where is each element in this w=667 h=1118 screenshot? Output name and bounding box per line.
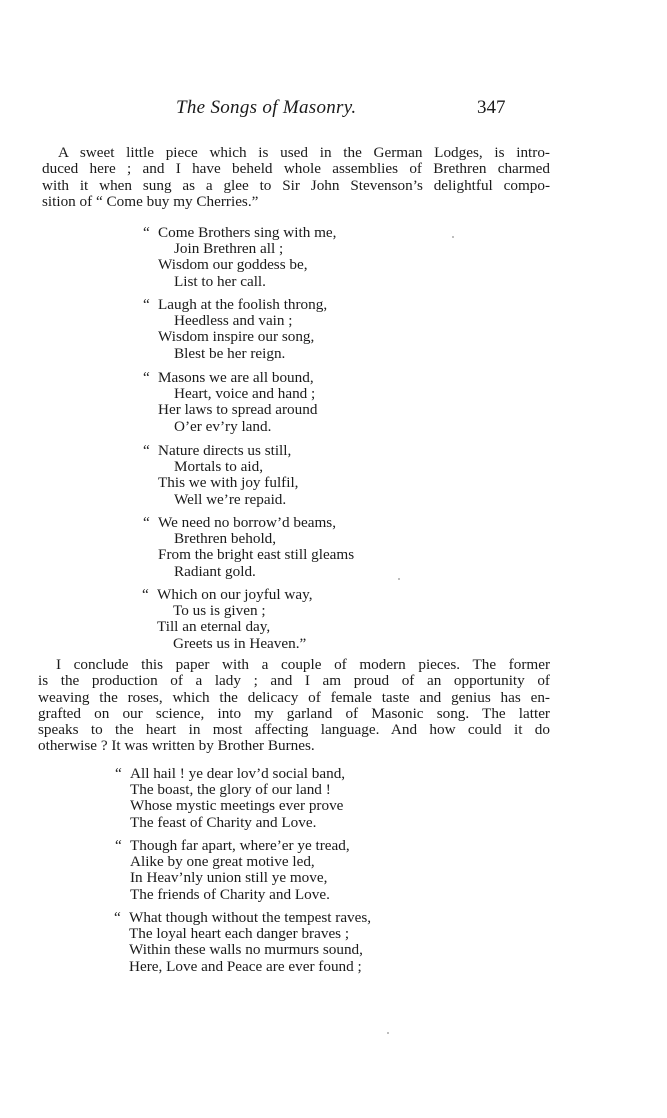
paper-speck bbox=[398, 578, 400, 580]
verse-line: Brethren behold, bbox=[158, 531, 354, 547]
stanza: “ Though far apart, where’er ye tread, A… bbox=[130, 838, 350, 903]
verse-line: Which on our joyful way, bbox=[157, 587, 313, 603]
intro-paragraph: A sweet little piece which is used in th… bbox=[42, 145, 550, 210]
verse-line: The feast of Charity and Love. bbox=[130, 815, 345, 831]
verse-line: All hail ! ye dear lov’d social band, bbox=[130, 766, 345, 782]
verse-line: Till an eternal day, bbox=[157, 619, 313, 635]
verse-line: Masons we are all bound, bbox=[158, 370, 317, 386]
paragraph-line: with it when sung as a glee to Sir John … bbox=[42, 178, 550, 194]
verse-line: The boast, the glory of our land ! bbox=[130, 782, 345, 798]
stanza: “ All hail ! ye dear lov’d social band, … bbox=[130, 766, 345, 831]
verse-line: From the bright east still gleams bbox=[158, 547, 354, 563]
open-quote: “ bbox=[143, 225, 150, 241]
open-quote: “ bbox=[143, 443, 150, 459]
conclusion-paragraph: I conclude this paper with a couple of m… bbox=[38, 657, 550, 755]
open-quote: “ bbox=[115, 838, 122, 854]
stanza: “ Come Brothers sing with me, Join Breth… bbox=[158, 225, 336, 290]
open-quote: “ bbox=[142, 587, 149, 603]
verse-line: Here, Love and Peace are ever found ; bbox=[129, 959, 371, 975]
paragraph-line: weaving the roses, which the delicacy of… bbox=[38, 690, 550, 706]
open-quote: “ bbox=[143, 515, 150, 531]
verse-line: Radiant gold. bbox=[158, 564, 354, 580]
verse-line: The friends of Charity and Love. bbox=[130, 887, 350, 903]
verse-line: Her laws to spread around bbox=[158, 402, 317, 418]
verse-line: To us is given ; bbox=[157, 603, 313, 619]
verse-line: Wisdom inspire our song, bbox=[158, 329, 327, 345]
stanza: “ We need no borrow’d beams, Brethren be… bbox=[158, 515, 354, 580]
open-quote: “ bbox=[115, 766, 122, 782]
verse-line: Nature directs us still, bbox=[158, 443, 298, 459]
page-number: 347 bbox=[477, 97, 506, 119]
paragraph-line: duced here ; and I have beheld whole ass… bbox=[42, 161, 550, 177]
verse-line: Heart, voice and hand ; bbox=[158, 386, 317, 402]
stanza: “ Which on our joyful way, To us is give… bbox=[157, 587, 313, 652]
verse-line: Within these walls no murmurs sound, bbox=[129, 942, 371, 958]
stanza: “ Nature directs us still, Mortals to ai… bbox=[158, 443, 298, 508]
running-header-title: The Songs of Masonry. bbox=[176, 97, 356, 119]
verse-line: Alike by one great motive led, bbox=[130, 854, 350, 870]
verse-line: O’er ev’ry land. bbox=[158, 419, 317, 435]
paragraph-line: A sweet little piece which is used in th… bbox=[42, 145, 550, 161]
verse-line: Heedless and vain ; bbox=[158, 313, 327, 329]
verse-line: Join Brethren all ; bbox=[158, 241, 336, 257]
stanza: “ What though without the tempest raves,… bbox=[129, 910, 371, 975]
open-quote: “ bbox=[143, 370, 150, 386]
stanza: “ Laugh at the foolish throng, Heedless … bbox=[158, 297, 327, 362]
open-quote: “ bbox=[143, 297, 150, 313]
verse-line: What though without the tempest raves, bbox=[129, 910, 371, 926]
verse-line: Blest be her reign. bbox=[158, 346, 327, 362]
verse-line: Laugh at the foolish throng, bbox=[158, 297, 327, 313]
verse-line: We need no borrow’d beams, bbox=[158, 515, 354, 531]
paragraph-line: sition of “ Come buy my Cherries.” bbox=[42, 194, 550, 210]
paragraph-line: grafted on our science, into my garland … bbox=[38, 706, 550, 722]
verse-line: Come Brothers sing with me, bbox=[158, 225, 336, 241]
paragraph-line: is the production of a lady ; and I am p… bbox=[38, 673, 550, 689]
verse-line: Though far apart, where’er ye tread, bbox=[130, 838, 350, 854]
open-quote: “ bbox=[114, 910, 121, 926]
paper-speck bbox=[387, 1032, 389, 1034]
paragraph-line: speaks to the heart in most affecting la… bbox=[38, 722, 550, 738]
verse-line: Mortals to aid, bbox=[158, 459, 298, 475]
verse-line: Well we’re repaid. bbox=[158, 492, 298, 508]
paragraph-line: otherwise ? It was written by Brother Bu… bbox=[38, 738, 550, 754]
stanza: “ Masons we are all bound, Heart, voice … bbox=[158, 370, 317, 435]
verse-line: Whose mystic meetings ever prove bbox=[130, 798, 345, 814]
paragraph-line: I conclude this paper with a couple of m… bbox=[38, 657, 550, 673]
verse-line: Greets us in Heaven.” bbox=[157, 636, 313, 652]
verse-line: Wisdom our goddess be, bbox=[158, 257, 336, 273]
verse-line: This we with joy fulfil, bbox=[158, 475, 298, 491]
verse-line: In Heav’nly union still ye move, bbox=[130, 870, 350, 886]
paper-speck bbox=[452, 236, 454, 238]
verse-line: The loyal heart each danger braves ; bbox=[129, 926, 371, 942]
verse-line: List to her call. bbox=[158, 274, 336, 290]
